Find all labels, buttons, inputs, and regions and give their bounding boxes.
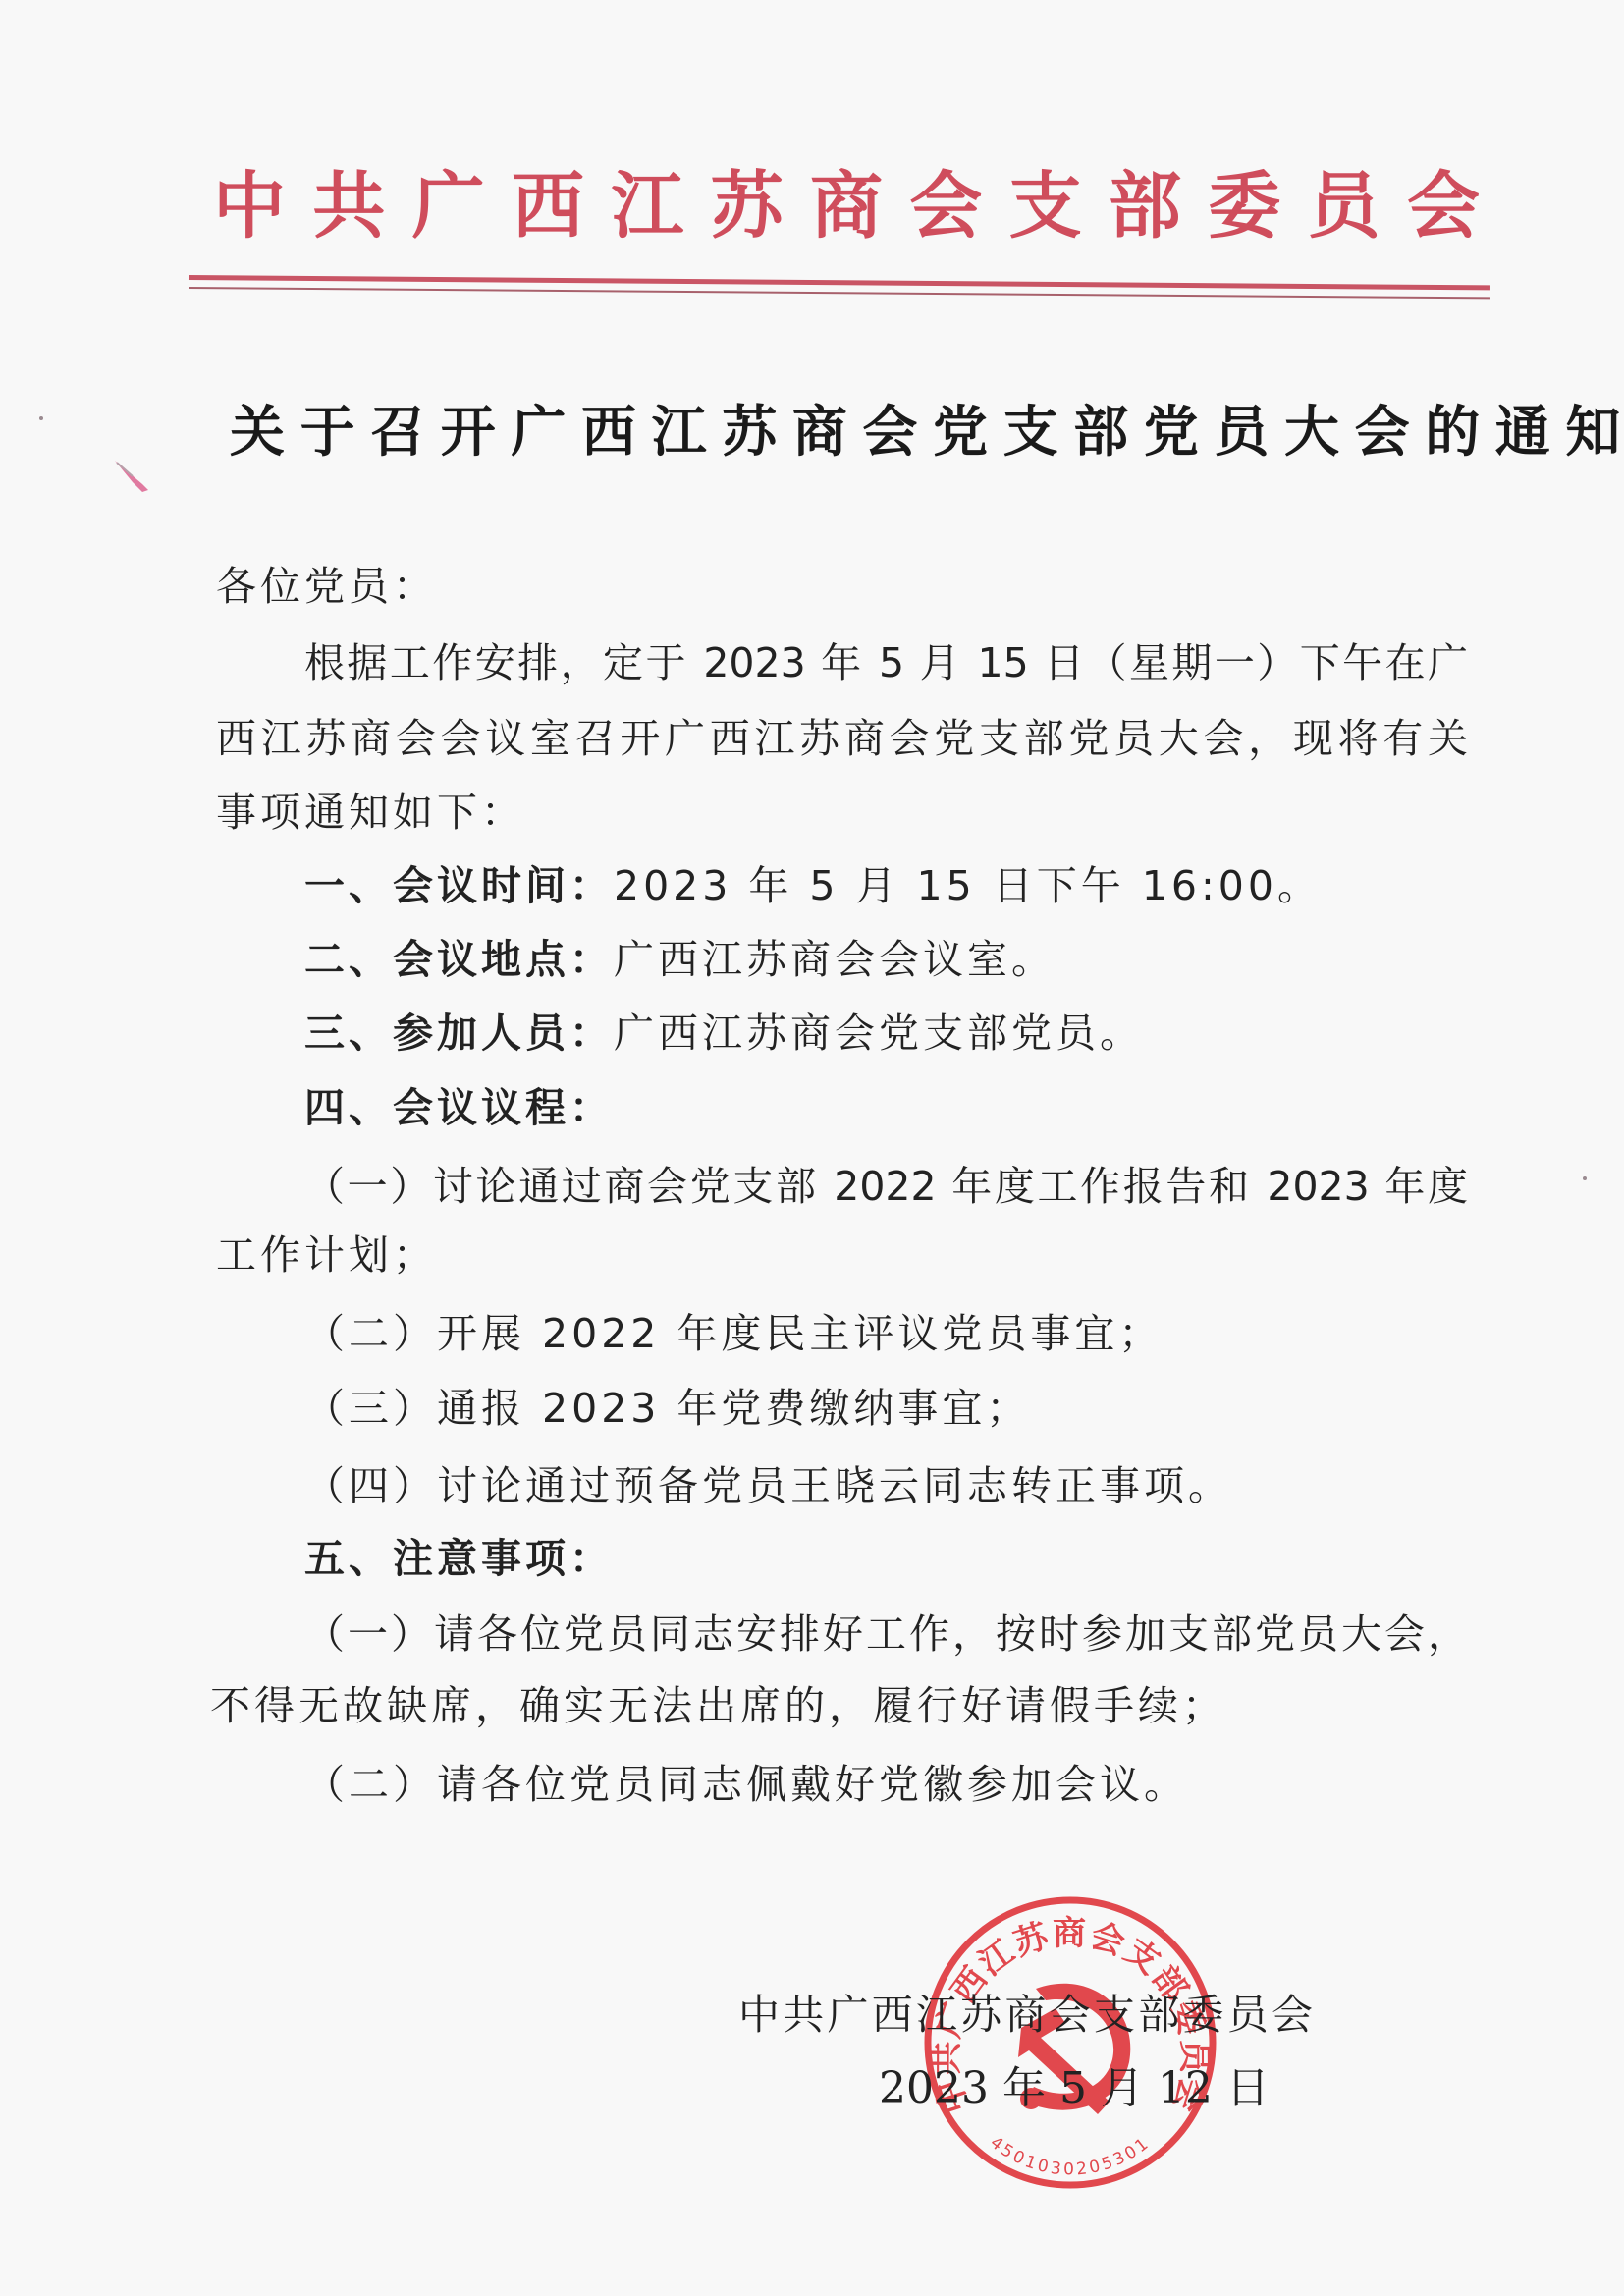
- agenda-item-2: （二）开展 2022 年度民主评议党员事宜；: [304, 1304, 1468, 1363]
- intro-line-3: 事项通知如下：: [216, 783, 1468, 842]
- scan-speck: [39, 416, 43, 420]
- section-heading: 五、注意事项：: [304, 1535, 614, 1582]
- signature-organization: 中共广西江苏商会支部委员会: [738, 1986, 1313, 2045]
- masthead-char: 商: [810, 162, 883, 250]
- section-content: 广西江苏商会会议室。: [614, 936, 1056, 983]
- section-heading: 二、会议地点：: [304, 936, 614, 983]
- notes-heading: 五、注意事项：: [304, 1529, 1468, 1588]
- masthead-char: 会: [909, 162, 982, 250]
- intro-line-1: 根据工作安排，定于 2023 年 5 月 15 日（星期一）下午在广: [304, 633, 1468, 692]
- masthead-char: 西: [512, 162, 584, 250]
- section-heading: 三、参加人员：: [304, 1010, 614, 1057]
- masthead-char: 员: [1308, 162, 1380, 250]
- masthead-organization: 中 共 广 西 江 苏 商 会 支 部 委 员 会: [213, 162, 1480, 250]
- agenda-item-1-line-2: 工作计划；: [216, 1226, 1468, 1285]
- scan-speck: [1583, 1176, 1587, 1180]
- agenda-item-4: （四）讨论通过预备党员王晓云同志转正事项。: [304, 1456, 1468, 1515]
- agenda-item-1-line-1: （一）讨论通过商会党支部 2022 年度工作报告和 2023 年度: [304, 1157, 1468, 1216]
- masthead-char: 中: [213, 162, 286, 250]
- signature-date: 2023 年 5 月 12 日: [879, 2059, 1203, 2118]
- section-content: 2023 年 5 月 15 日下午 16:00。: [614, 862, 1322, 909]
- note-2: （二）请各位党员同志佩戴好党徽参加会议。: [304, 1755, 1468, 1814]
- masthead-char: 苏: [711, 162, 784, 250]
- intro-line-2: 西江苏商会会议室召开广西江苏商会党支部党员大会，现将有关: [216, 709, 1468, 768]
- note-1-line-1: （一）请各位党员同志安排好工作，按时参加支部党员大会，: [304, 1605, 1468, 1664]
- section-time: 一、会议时间：2023 年 5 月 15 日下午 16:00。: [304, 856, 1468, 915]
- note-1-line-2: 不得无故缺席，确实无法出席的，履行好请假手续；: [210, 1676, 1462, 1735]
- salutation: 各位党员：: [216, 557, 1468, 616]
- masthead-char: 会: [1407, 162, 1480, 250]
- section-agenda-heading: 四、会议议程：: [304, 1078, 1468, 1137]
- section-location: 二、会议地点：广西江苏商会会议室。: [304, 930, 1468, 989]
- masthead-char: 支: [1009, 162, 1082, 250]
- section-heading: 一、会议时间：: [304, 862, 614, 909]
- masthead-char: 部: [1109, 162, 1181, 250]
- masthead-char: 委: [1208, 162, 1280, 250]
- title-text: 关于召开广西江苏商会党支部党员大会的通知: [230, 398, 1624, 466]
- section-heading: 四、会议议程：: [304, 1084, 614, 1131]
- agenda-item-3: （三）通报 2023 年党费缴纳事宜；: [304, 1379, 1468, 1438]
- masthead-char: 共: [312, 162, 385, 250]
- document-title: 关于召开广西江苏商会党支部党员大会的通知: [230, 398, 1452, 466]
- ink-smudge-mark: [103, 457, 162, 496]
- section-attendees: 三、参加人员：广西江苏商会党支部党员。: [304, 1004, 1468, 1063]
- masthead-char: 广: [412, 162, 485, 250]
- section-content: 广西江苏商会党支部党员。: [614, 1010, 1144, 1057]
- masthead-char: 江: [611, 162, 683, 250]
